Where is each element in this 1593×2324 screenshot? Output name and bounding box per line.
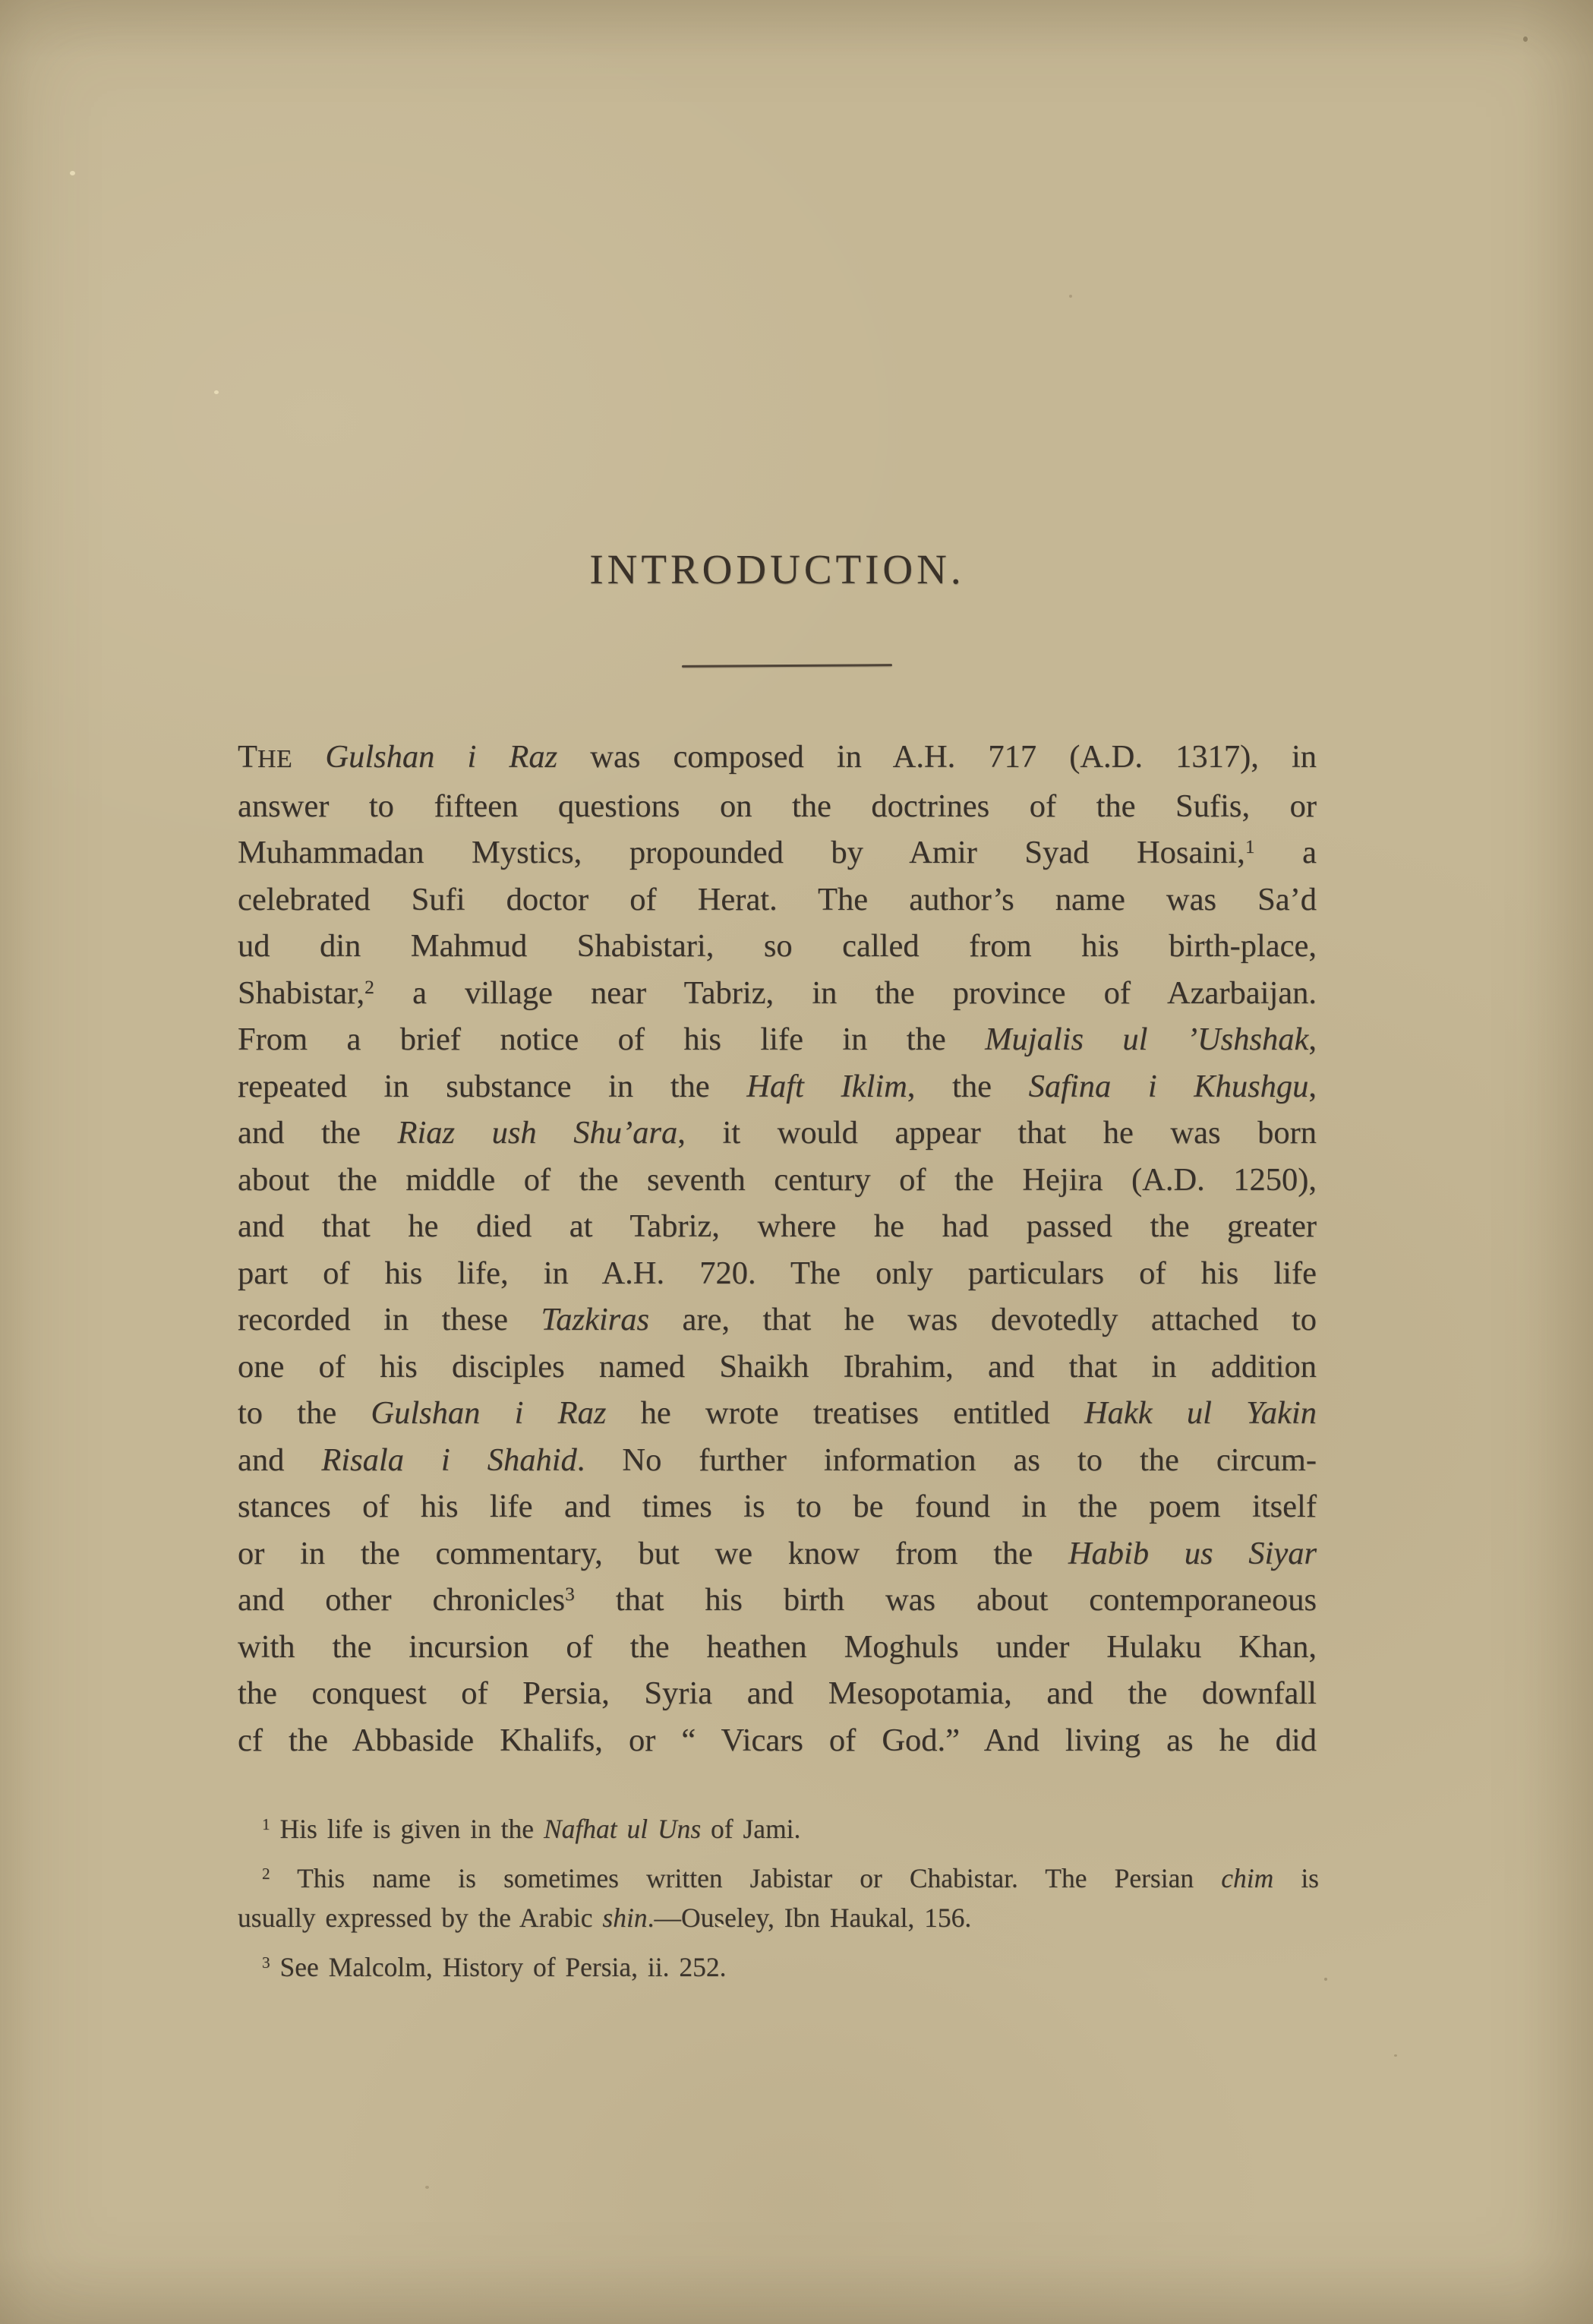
text-segment: answer to fifteen questions on the doctr… <box>238 788 1317 824</box>
text-segment: are, that he was devotedly attached to <box>649 1302 1317 1337</box>
text-segment: This name is sometimes written Jabistar … <box>270 1863 1222 1893</box>
footnote-marker: 1 <box>262 1815 270 1833</box>
text-line: and that he died at Tabriz, where he had… <box>238 1203 1317 1250</box>
paper-speck <box>1394 2054 1397 2057</box>
text-segment: Haft Iklim <box>746 1069 907 1104</box>
text-segment: HE <box>257 745 292 773</box>
text-line: THE Gulshan i Raz was composed in A.H. 7… <box>238 734 1317 783</box>
text-line: From a brief notice of his life in the M… <box>238 1016 1317 1063</box>
text-segment: Muhammadan Mystics, propounded by Amir S… <box>238 835 1245 870</box>
text-segment: Habib us Siyar <box>1068 1536 1317 1571</box>
text-segment: Safina i Khushgu <box>1029 1069 1309 1104</box>
paper-speck <box>1069 295 1072 298</box>
text-line: stances of his life and times is to be f… <box>238 1483 1317 1530</box>
text-segment: a <box>1255 835 1317 870</box>
footnote-marker: 1 <box>1245 835 1255 857</box>
paper-speck <box>214 390 219 394</box>
text-segment: Risala i Shahid <box>321 1442 576 1478</box>
text-line: part of his life, in A.H. 720. The only … <box>238 1250 1317 1297</box>
text-line: 3 See Malcolm, History of Persia, ii. 25… <box>238 1947 1319 1987</box>
text-segment: , <box>1308 1021 1317 1057</box>
paper-speck <box>70 171 75 175</box>
text-segment: and the <box>238 1115 397 1151</box>
title-divider-rule <box>682 664 892 668</box>
text-segment: or in the commentary, but we know from t… <box>238 1536 1068 1571</box>
text-segment: T <box>238 739 257 775</box>
paper-speck <box>1523 36 1528 42</box>
text-line: repeated in substance in the Haft Iklim,… <box>238 1063 1317 1110</box>
paper-speck <box>1324 1978 1327 1981</box>
text-segment <box>292 739 325 775</box>
text-segment: chim <box>1221 1863 1273 1893</box>
text-segment: that his birth was about contemporaneous <box>575 1582 1317 1618</box>
text-segment: , the <box>907 1069 1029 1104</box>
text-segment: and that he died at Tabriz, where he had… <box>238 1208 1317 1244</box>
text-line: with the incursion of the heathen Moghul… <box>238 1624 1317 1671</box>
text-line: answer to fifteen questions on the doctr… <box>238 783 1317 830</box>
text-segment: repeated in substance in the <box>238 1069 746 1104</box>
text-segment: the conquest of Persia, Syria and Mesopo… <box>238 1675 1317 1711</box>
text-segment: Tazkiras <box>541 1302 649 1337</box>
text-segment: one of his disciples named Shaikh Ibrahi… <box>238 1349 1317 1385</box>
page-title: INTRODUCTION. <box>238 548 1317 590</box>
text-segment: and <box>238 1442 321 1478</box>
text-segment: ud din Mahmud Shabistari, so called from… <box>238 928 1317 964</box>
footnotes-block: 1 His life is given in the Nafhat ul Uns… <box>238 1809 1319 1987</box>
text-segment: Gulshan i Raz <box>325 739 557 775</box>
text-line: to the Gulshan i Raz he wrote treatises … <box>238 1390 1317 1437</box>
text-line: 2 This name is sometimes written Jabista… <box>238 1858 1319 1898</box>
footnote-marker: 3 <box>565 1583 575 1605</box>
text-line: usually expressed by the Arabic shin.—Ou… <box>238 1898 1319 1937</box>
text-segment: about the middle of the seventh century … <box>238 1162 1317 1198</box>
text-line: cf the Abbaside Khalifs, or “ Vicars of … <box>238 1717 1317 1764</box>
text-line: 1 His life is given in the Nafhat ul Uns… <box>238 1809 1319 1849</box>
text-segment: is <box>1273 1863 1319 1893</box>
text-segment: to the <box>238 1395 371 1431</box>
text-segment: recorded in these <box>238 1302 541 1337</box>
text-line: about the middle of the seventh century … <box>238 1157 1317 1204</box>
footnote-marker: 2 <box>262 1865 270 1883</box>
scanned-book-page: INTRODUCTION. THE Gulshan i Raz was comp… <box>0 0 1593 2324</box>
text-segment: usually expressed by the Arabic <box>238 1902 602 1933</box>
text-line: and other chronicles3 that his birth was… <box>238 1577 1317 1624</box>
text-segment: cf the Abbaside Khalifs, or “ Vicars of … <box>238 1722 1317 1758</box>
text-segment: Riaz ush Shu’ara <box>397 1115 677 1151</box>
text-line: one of his disciples named Shaikh Ibrahi… <box>238 1344 1317 1391</box>
paper-speck <box>718 1924 724 1927</box>
text-line: recorded in these Tazkiras are, that he … <box>238 1296 1317 1344</box>
text-segment: From a brief notice of his life in the <box>238 1021 985 1057</box>
text-segment: , it would appear that he was born <box>677 1115 1317 1151</box>
text-line: or in the commentary, but we know from t… <box>238 1530 1317 1577</box>
text-segment: Nafhat ul Uns <box>544 1814 701 1844</box>
text-segment: Hakk ul Yakin <box>1084 1395 1317 1431</box>
paper-speck <box>425 2186 429 2189</box>
text-segment: . No further information as to the circu… <box>577 1442 1317 1478</box>
text-segment: and other chronicles <box>238 1582 565 1618</box>
text-segment: celebrated Sufi doctor of Herat. The aut… <box>238 882 1317 917</box>
text-line: celebrated Sufi doctor of Herat. The aut… <box>238 876 1317 924</box>
text-segment: Shabistar, <box>238 975 364 1011</box>
footnote-marker: 2 <box>364 975 374 997</box>
text-line: and the Riaz ush Shu’ara, it would appea… <box>238 1110 1317 1157</box>
text-line: the conquest of Persia, Syria and Mesopo… <box>238 1670 1317 1717</box>
text-segment: with the incursion of the heathen Moghul… <box>238 1629 1317 1665</box>
text-segment: of Jami. <box>701 1814 800 1844</box>
text-segment: , <box>1308 1069 1317 1104</box>
text-segment: part of his life, in A.H. 720. The only … <box>238 1255 1317 1291</box>
text-segment: Gulshan i Raz <box>371 1395 606 1431</box>
text-segment: stances of his life and times is to be f… <box>238 1489 1317 1524</box>
text-segment: .—Ouseley, Ibn Haukal, 156. <box>648 1902 972 1933</box>
text-segment: See Malcolm, History of Persia, ii. 252. <box>270 1952 727 1982</box>
introduction-paragraph: THE Gulshan i Raz was composed in A.H. 7… <box>238 734 1317 1764</box>
text-segment: shin <box>602 1902 647 1933</box>
text-segment: Mujalis ul ’Ushshak <box>985 1021 1308 1057</box>
text-line: ud din Mahmud Shabistari, so called from… <box>238 923 1317 970</box>
footnote-marker: 3 <box>262 1953 270 1972</box>
text-segment: was composed in A.H. 717 (A.D. 1317), in <box>557 739 1317 775</box>
text-line: Muhammadan Mystics, propounded by Amir S… <box>238 829 1317 876</box>
text-line: Shabistar,2 a village near Tabriz, in th… <box>238 970 1317 1017</box>
text-segment: a village near Tabriz, in the province o… <box>374 975 1317 1011</box>
text-segment: he wrote treatises entitled <box>606 1395 1084 1431</box>
text-line: and Risala i Shahid. No further informat… <box>238 1437 1317 1484</box>
text-segment: His life is given in the <box>270 1814 544 1844</box>
